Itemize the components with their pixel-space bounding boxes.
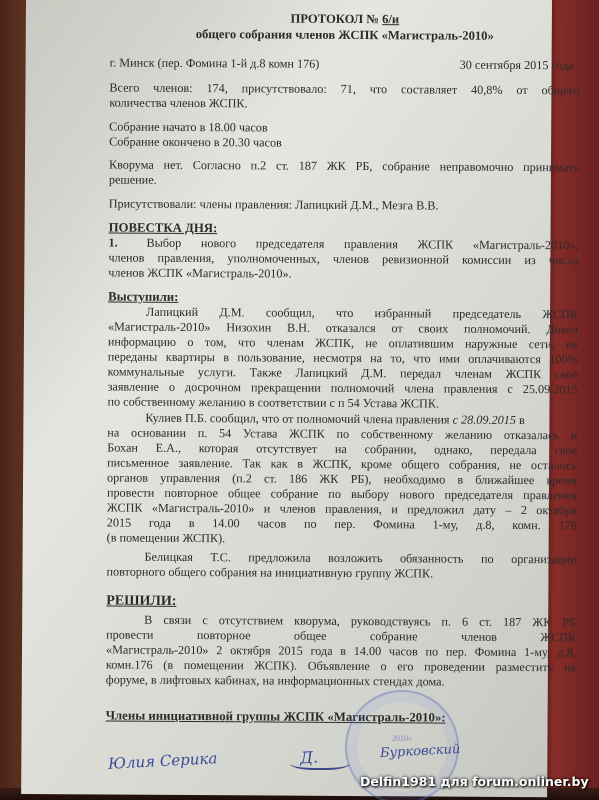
- location-date-row: г. Минск (пер. Фомина 1-й д.8 комн 176) …: [110, 56, 580, 73]
- agenda-line-3: членов ЖСПК «Магистраль-2010».: [108, 266, 578, 283]
- agenda-item-number: 1.: [108, 236, 146, 251]
- speakers-heading-text: Выступили:: [108, 290, 178, 304]
- resolved-heading-text: РЕШИЛИ:: [106, 594, 176, 609]
- speaker2-date: с 28.09.2015: [453, 413, 516, 427]
- resolved-heading: РЕШИЛИ:: [106, 594, 576, 612]
- signature-2: Д.: [300, 748, 319, 768]
- watermark: Delfin1981 для forum.onliner.by: [360, 774, 589, 789]
- speaker3-line-2: повторного общего собрания на инициативн…: [106, 565, 576, 582]
- initiative-group-heading: Члены инициативной группы ЖСПК «Магистра…: [106, 708, 576, 725]
- present-members: Присутствовали: члены правления: Лапицки…: [109, 197, 579, 214]
- agenda-heading-text: ПОВЕСТКА ДНЯ:: [109, 221, 218, 236]
- quorum-line-2: решение.: [109, 173, 579, 190]
- attendance-line-2: количества членов ЖСПК.: [109, 96, 579, 113]
- document-title: ПРОТОКОЛ № 6/и: [110, 11, 580, 28]
- end-time: Собрание окончено в 20.30 часов: [109, 135, 579, 152]
- speaker2-line-1-text: Кулиев П.Б. сообщил, что от полномочий ч…: [145, 411, 452, 427]
- stamp-text: 2010»: [347, 734, 457, 743]
- meeting-location: г. Минск (пер. Фомина 1-й д.8 комн 176): [110, 56, 320, 72]
- speaker2-line-9: (в помещении ЖСПК).: [107, 531, 577, 548]
- document-subtitle: общего собрания членов ЖСПК «Магистраль-…: [110, 27, 580, 44]
- protocol-number: 6/и: [382, 12, 399, 26]
- speaker2-line-1-end: в: [516, 413, 525, 427]
- document-page: ПРОТОКОЛ № 6/и общего собрания членов ЖС…: [21, 0, 552, 797]
- resolved-line-5: форуме, в лифтовых кабинах, на информаци…: [106, 673, 576, 690]
- speaker1-line-7: по собственному желанию в соответствии с…: [107, 395, 577, 412]
- title-text: ПРОТОКОЛ №: [290, 12, 379, 27]
- meeting-date: 30 сентября 2015 года: [460, 58, 574, 73]
